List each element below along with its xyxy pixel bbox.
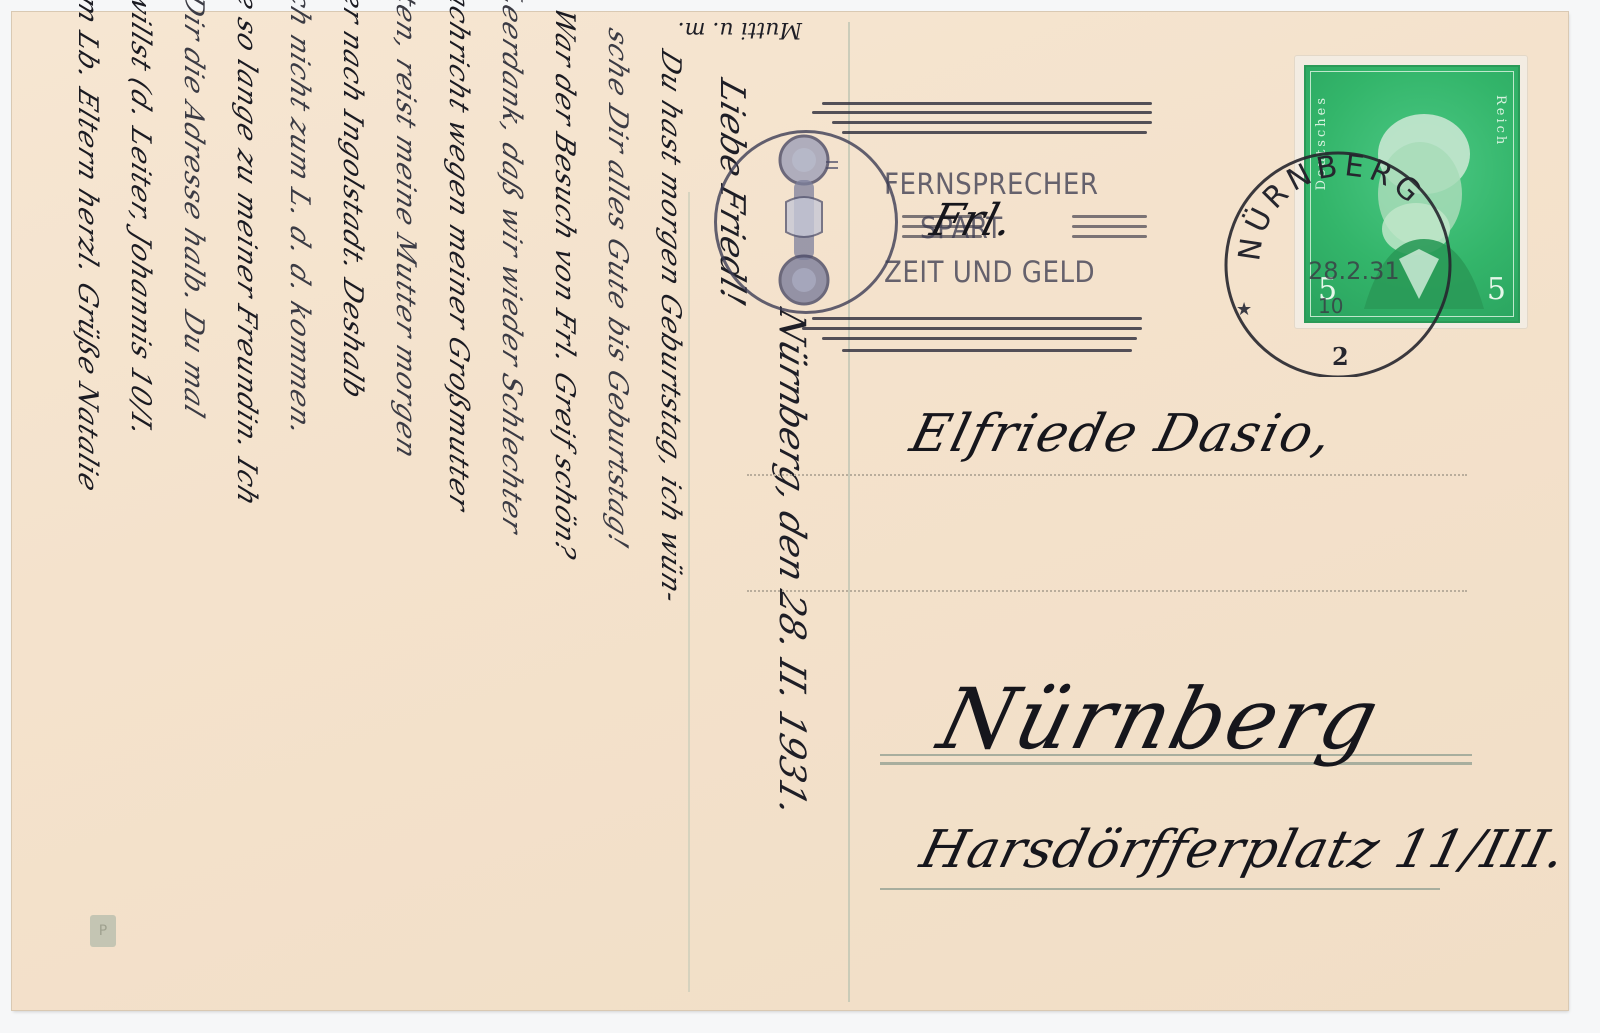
postmark-date: 28.2.31 <box>1308 257 1400 285</box>
handwritten-message: Du hast morgen Geburtstag, ich wün- sche… <box>37 0 697 1022</box>
message-line: sche Dir alles Gute bis Geburtstag! <box>591 19 644 1000</box>
message-line: schreiben willst (d. Leiter, Johannis 10… <box>114 0 167 808</box>
postmark-time: 10 <box>1318 294 1343 318</box>
message-divider <box>688 192 690 992</box>
postmark-city: NÜRNBERG <box>1232 148 1431 263</box>
address-guide-line <box>880 888 1440 890</box>
stamp-country-right: Reich <box>1493 95 1508 147</box>
telephone-receiver-icon <box>764 132 844 307</box>
postmark-office-number: 2 <box>1332 342 1349 371</box>
corner-note: Mutti u. m. <box>678 17 802 42</box>
svg-text:NÜRNBERG: NÜRNBERG <box>1232 148 1431 263</box>
message-line: kann ich nicht zum L. d. d. kommen. <box>273 0 326 872</box>
message-line: Schreibe so lange zu meiner Freundin. Ic… <box>220 0 273 851</box>
message-line: Leerdank, daß wir wieder Schlechter <box>485 0 538 958</box>
svg-text:★: ★ <box>1236 299 1252 319</box>
message-line: Nachricht wegen meiner Großmutter <box>432 0 485 936</box>
handwritten-initials: Frl. <box>925 195 1018 246</box>
address-guide-line <box>747 590 1467 592</box>
message-line: Bis es Deinem Lb. Eltern herzl. Grüße Na… <box>61 0 114 786</box>
place-date: Nürnberg, den 28. II. 1931. <box>771 304 812 822</box>
message-line: wieder nach Ingolstadt. Deshalb <box>326 0 379 894</box>
postcard: Du hast morgen Geburtstag, ich wün- sche… <box>12 12 1568 1010</box>
recipient-city: Nürnberg <box>930 670 1390 768</box>
recipient-street: Harsdörfferplatz 11/III. <box>915 820 1573 880</box>
slogan-line-3: ZEIT UND GELD <box>884 250 1144 294</box>
message-line: schreibe Dir die Adresse halb. Du mal <box>167 0 220 829</box>
circular-postmark: NÜRNBERG 28.2.31 10 ★ 2 <box>1220 137 1460 377</box>
recipient-name: Elfriede Dasio, <box>905 404 1341 464</box>
cancellation-slogan: FERNSPRECHER SPART ZEIT UND GELD <box>884 162 1144 294</box>
embossed-text <box>1432 342 1462 842</box>
message-line: War der Besuch von Frl. Greif schön? <box>538 0 591 979</box>
publisher-mark-icon: P <box>90 915 116 947</box>
address-guide-line <box>747 474 1467 476</box>
stamp-value-right: 5 <box>1487 272 1506 307</box>
message-line: hörten, reist meine Mutter morgen <box>379 0 432 915</box>
